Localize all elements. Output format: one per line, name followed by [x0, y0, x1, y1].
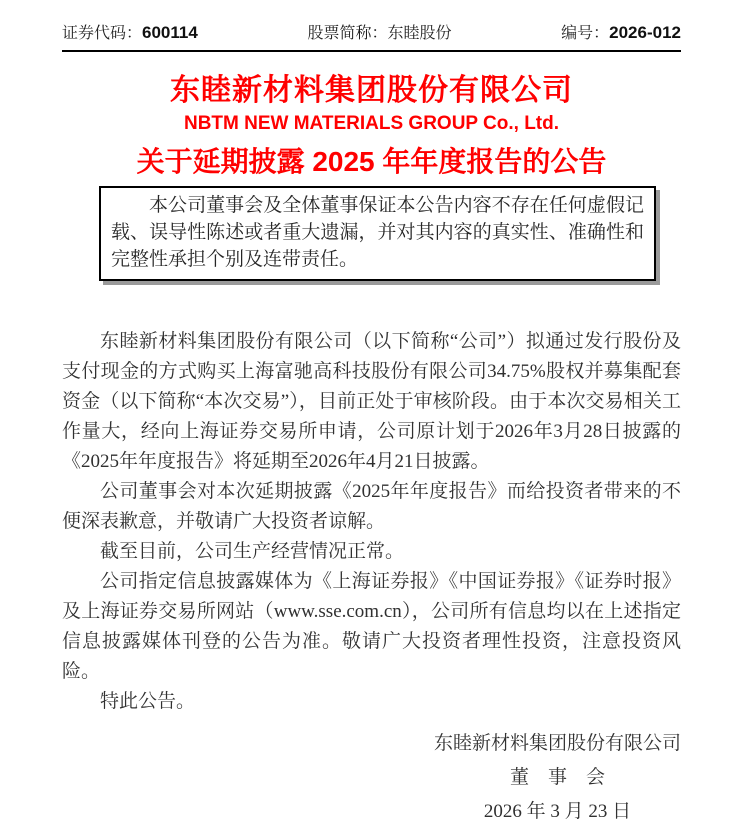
paragraph-disclosure-media: 公司指定信息披露媒体为《上海证券报》《中国证券报》《证券时报》及上海证券交易所网… — [62, 567, 681, 687]
signature-board: 董 事 会 — [434, 761, 681, 795]
stock-name-value: 东睦股份 — [387, 25, 451, 42]
board-declaration-box: 本公司董事会及全体董事保证本公告内容不存在任何虚假记载、误导性陈述或者重大遗漏，… — [99, 186, 656, 281]
signature-inner: 东睦新材料集团股份有限公司 董 事 会 2026 年 3 月 23 日 — [434, 727, 681, 824]
announcement-page: 证券代码：600114 股票简称：东睦股份 编号：2026-012 东睦新材料集… — [0, 0, 743, 824]
signature-date: 2026 年 3 月 23 日 — [434, 795, 681, 824]
paragraph-transaction-delay: 东睦新材料集团股份有限公司（以下简称“公司”）拟通过发行股份及支付现金的方式购买… — [62, 327, 681, 477]
announcement-body: 东睦新材料集团股份有限公司（以下简称“公司”）拟通过发行股份及支付现金的方式购买… — [62, 327, 681, 717]
paragraph-apology: 公司董事会对本次延期披露《2025年年度报告》而给投资者带来的不便深表歉意，并敬… — [62, 477, 681, 537]
doc-number: 编号：2026-012 — [561, 20, 681, 43]
doc-number-value: 2026-012 — [609, 23, 681, 42]
securities-header: 证券代码：600114 股票简称：东睦股份 编号：2026-012 — [62, 20, 681, 52]
stock-code-label: 证券代码： — [62, 25, 142, 42]
doc-number-label: 编号： — [561, 25, 609, 42]
stock-name-label: 股票简称： — [307, 25, 387, 42]
stock-code: 证券代码：600114 — [62, 20, 198, 43]
stock-code-value: 600114 — [142, 23, 198, 42]
paragraph-operations-normal: 截至目前，公司生产经营情况正常。 — [62, 537, 681, 567]
signature-company: 东睦新材料集团股份有限公司 — [434, 727, 681, 761]
stock-name: 股票简称：东睦股份 — [307, 20, 451, 43]
company-name-cn: 东睦新材料集团股份有限公司 — [62, 74, 681, 108]
paragraph-closing: 特此公告。 — [62, 687, 681, 717]
announcement-title: 关于延期披露 2025 年年度报告的公告 — [62, 146, 681, 178]
signature-block: 东睦新材料集团股份有限公司 董 事 会 2026 年 3 月 23 日 — [62, 727, 681, 824]
company-name-en: NBTM NEW MATERIALS GROUP Co., Ltd. — [62, 113, 681, 135]
